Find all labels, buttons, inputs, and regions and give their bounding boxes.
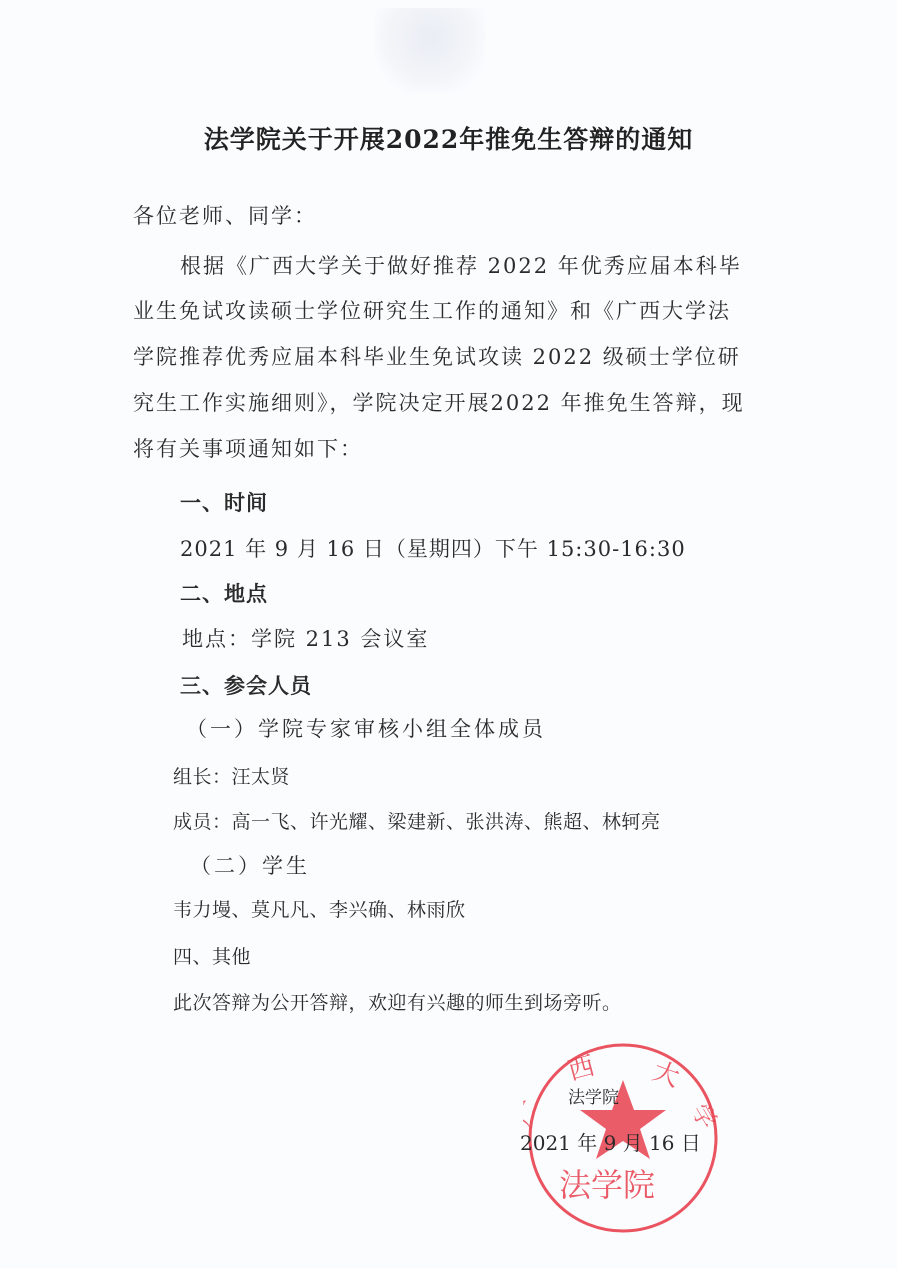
participants-group2-label: （二）学生 (190, 850, 310, 880)
intro-line-3: 学院推荐优秀应届本科毕业生免试攻读 2022 级硕士学位研 (133, 341, 741, 371)
section-time-content: 2021 年 9 月 16 日（星期四）下午 15:30-16:30 (180, 533, 686, 563)
participants-students: 韦力墁、莫凡凡、李兴确、林雨欣 (173, 895, 466, 922)
participants-members: 成员：高一飞、许光耀、梁建新、张洪涛、熊超、林轲亮 (173, 807, 661, 834)
intro-line-2: 业生免试攻读硕士学位研究生工作的通知》和《广西大学法 (133, 295, 731, 325)
svg-text:西: 西 (565, 1051, 598, 1087)
intro-line-4: 究生工作实施细则》，学院决定开展2022 年推免生答辩，现 (133, 387, 745, 417)
signature-date: 2021 年 9 月 16 日 (520, 1127, 701, 1156)
section-other-content: 此次答辩为公开答辩，欢迎有兴趣的师生到场旁听。 (173, 988, 622, 1015)
signature-org: 法学院 (568, 1083, 619, 1108)
section-location-content: 地点：学院 213 会议室 (182, 623, 429, 653)
participants-leader: 组长：汪太贤 (173, 762, 290, 789)
section-location-heading: 二、地点 (180, 578, 268, 608)
stamp-bottom-text: 法学院 (559, 1166, 655, 1204)
salutation: 各位老师、同学： (133, 200, 317, 230)
intro-line-5: 将有关事项通知如下： (133, 433, 363, 463)
participants-group1-label: （一）学院专家审核小组全体成员 (186, 713, 546, 743)
scan-smudge (375, 8, 485, 93)
svg-text:广: 广 (523, 1096, 545, 1131)
section-participants-heading: 三、参会人员 (180, 670, 312, 700)
intro-line-1: 根据《广西大学关于做好推荐 2022 年优秀应届本科毕 (180, 250, 742, 280)
section-time-heading: 一、时间 (180, 487, 268, 517)
document-title: 法学院关于开展2022年推免生答辩的通知 (0, 120, 897, 156)
section-other-heading: 四、其他 (173, 942, 251, 969)
